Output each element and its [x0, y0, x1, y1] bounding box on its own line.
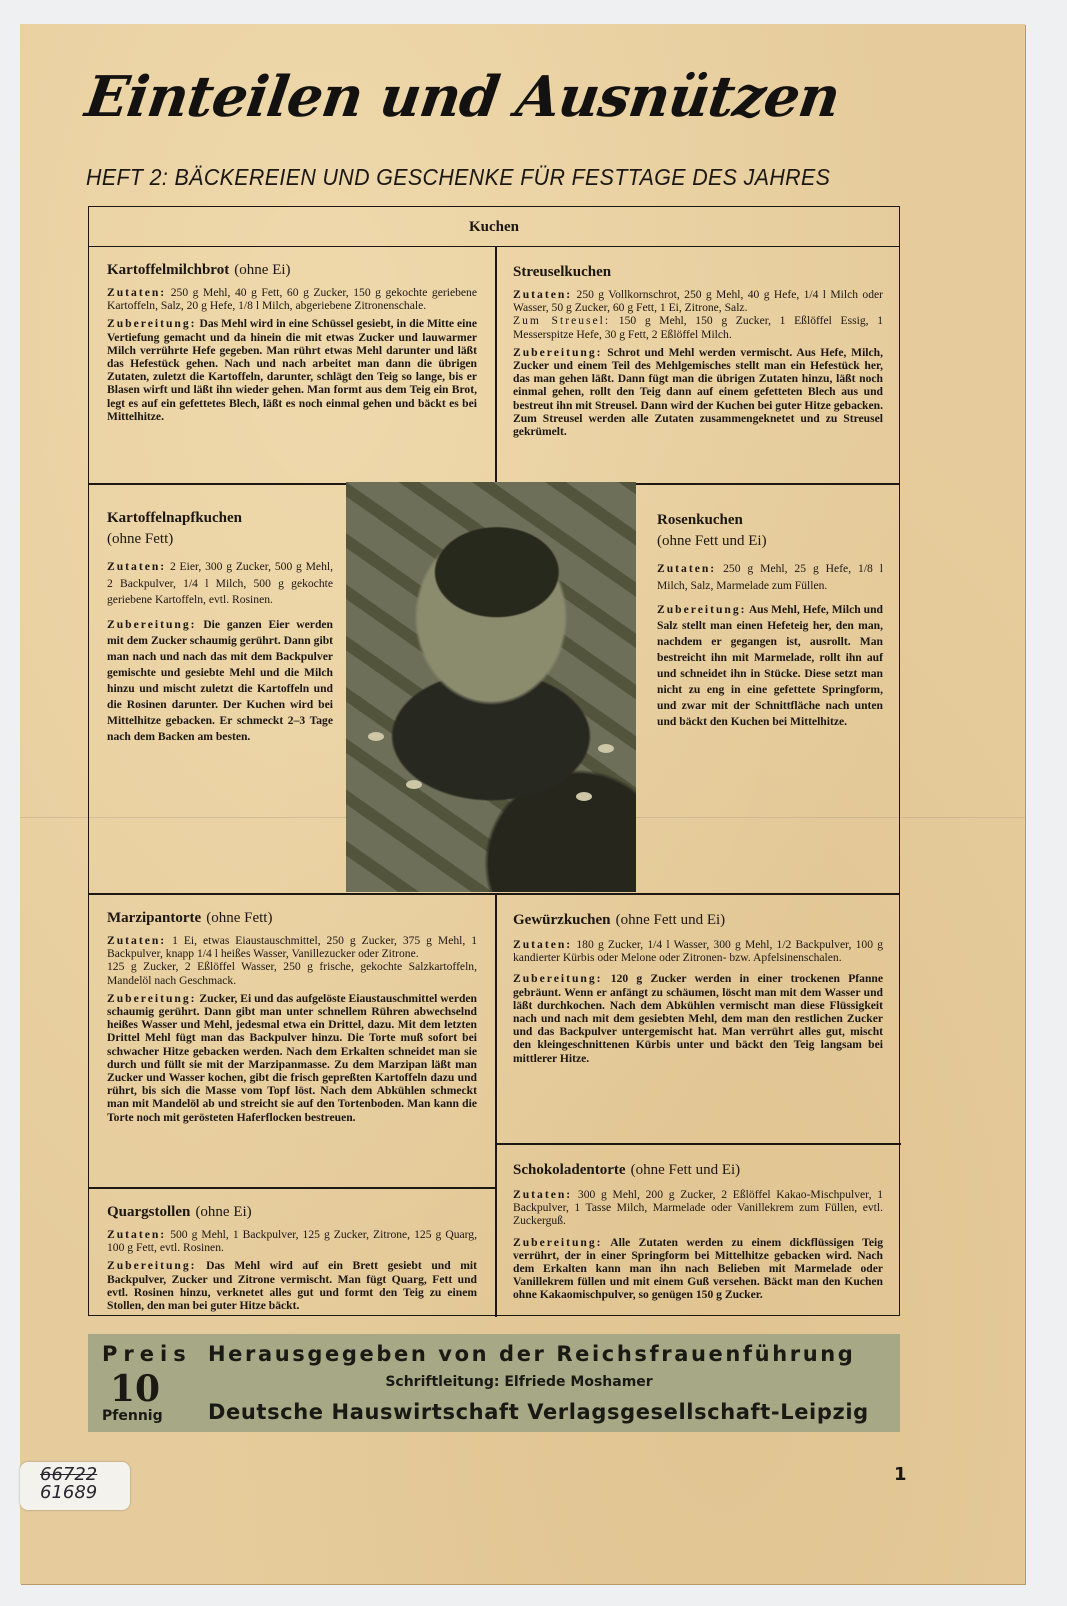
preparation-label: Zubereitung: [107, 317, 197, 330]
preparation-text: 120 g Zucker werden in einer trockenen P… [513, 972, 883, 1064]
recipe-gewuerzkuchen: Gewürzkuchen (ohne Fett und Ei) Zutaten:… [495, 909, 901, 1070]
recipe-note: (ohne Fett) [107, 531, 173, 547]
ingredients-label: Zutaten: [107, 1228, 166, 1241]
recipe-name: Kartoffelnapfkuchen [107, 510, 242, 526]
publisher-footer: Preis 10 Pfennig Herausgegeben von der R… [88, 1334, 900, 1432]
recipe-note: (ohne Fett und Ei) [616, 912, 726, 928]
ingredients-label: Zutaten: [107, 286, 166, 299]
page-title: Einteilen und Ausnützen [81, 64, 843, 130]
page-subtitle: HEFT 2: BÄCKEREIEN UND GESCHENKE FÜR FES… [86, 164, 830, 191]
recipe-name: Marzipantorte [107, 910, 201, 926]
plate-dot [576, 792, 592, 801]
recipe-rosenkuchen: Rosenkuchen(ohne Fett und Ei) Zutaten: 2… [639, 509, 901, 735]
ingredients-label: Zutaten: [513, 938, 572, 951]
streusel-label: Zum Streusel: [513, 314, 610, 327]
recipe-name: Quargstollen [107, 1204, 190, 1220]
divider [495, 1143, 901, 1145]
preparation-label: Zubereitung: [107, 618, 197, 631]
preparation-label: Zubereitung: [513, 346, 603, 359]
ingredients-label: Zutaten: [107, 934, 166, 947]
preparation-label: Zubereitung: [107, 992, 197, 1005]
editor-line: Schriftleitung: Elfriede Moshamer [88, 1374, 900, 1390]
recipe-note: (ohne Ei) [195, 1204, 251, 1220]
preparation-text: Die ganzen Eier werden mit dem Zucker sc… [107, 618, 333, 743]
recipe-name: Schokoladentorte [513, 1162, 626, 1178]
plate-dot [406, 780, 422, 789]
preparation-label: Zubereitung: [657, 603, 747, 616]
price-currency: Pfennig [102, 1408, 163, 1424]
preparation-text: Das Mehl wird in eine Schüssel gesiebt, … [107, 317, 477, 422]
recipe-marzipantorte: Marzipantorte (ohne Fett) Zutaten: 1 Ei,… [89, 907, 495, 1129]
recipe-streuselkuchen: Streuselkuchen Zutaten: 250 g Vollkornsc… [495, 261, 901, 443]
ingredients-label: Zutaten: [513, 288, 572, 301]
document-page: Einteilen und Ausnützen HEFT 2: BÄCKEREI… [20, 24, 1025, 1584]
recipe-schokoladentorte: Schokoladentorte (ohne Fett und Ei) Zuta… [495, 1159, 901, 1307]
recipe-note: (ohne Fett) [206, 910, 272, 926]
preparation-text: Schrot und Mehl werden vermischt. Aus He… [513, 346, 883, 438]
ingredients-text-2: 125 g Zucker, 2 Eßlöffel Wasser, 250 g f… [107, 960, 477, 986]
price-label: Preis [102, 1342, 192, 1366]
recipe-note: (ohne Fett und Ei) [657, 533, 767, 549]
recipe-name: Gewürzkuchen [513, 912, 611, 928]
ingredients-label: Zutaten: [657, 562, 716, 575]
divider [89, 893, 899, 895]
preparation-text: Zucker, Ei und das aufgelöste Eiaustausc… [107, 992, 477, 1124]
recipe-note: (ohne Fett und Ei) [631, 1162, 741, 1178]
press-line: Deutsche Hauswirtschaft Verlagsgesellsch… [208, 1400, 869, 1424]
archive-label: 66722 61689 [20, 1462, 130, 1510]
ingredients-label: Zutaten: [513, 1188, 572, 1201]
recipe-note: (ohne Ei) [234, 262, 290, 278]
recipe-name: Streuselkuchen [513, 264, 611, 280]
plate-dot [598, 744, 614, 753]
plate-dot [368, 732, 384, 741]
section-heading: Kuchen [89, 207, 899, 247]
divider [89, 1187, 495, 1189]
preparation-text: Aus Mehl, Hefe, Milch und Salz stellt ma… [657, 603, 883, 728]
ingredients-label: Zutaten: [107, 560, 166, 573]
preparation-label: Zubereitung: [107, 1259, 197, 1272]
cake-photo [346, 482, 636, 892]
recipe-name: Rosenkuchen [657, 512, 743, 528]
preparation-label: Zubereitung: [513, 1236, 603, 1249]
recipe-quargstollen: Quargstollen (ohne Ei) Zutaten: 500 g Me… [89, 1201, 495, 1317]
archive-new-number: 61689 [40, 1482, 97, 1503]
recipe-kartoffelmilchbrot: Kartoffelmilchbrot (ohne Ei) Zutaten: 25… [89, 259, 495, 428]
preparation-label: Zubereitung: [513, 972, 603, 985]
recipe-kartoffelnapfkuchen: Kartoffelnapfkuchen(ohne Fett) Zutaten: … [89, 507, 351, 750]
publisher-line: Herausgegeben von der Reichsfrauenführun… [208, 1342, 855, 1366]
page-number: 1 [894, 1464, 907, 1485]
recipe-name: Kartoffelmilchbrot [107, 262, 229, 278]
